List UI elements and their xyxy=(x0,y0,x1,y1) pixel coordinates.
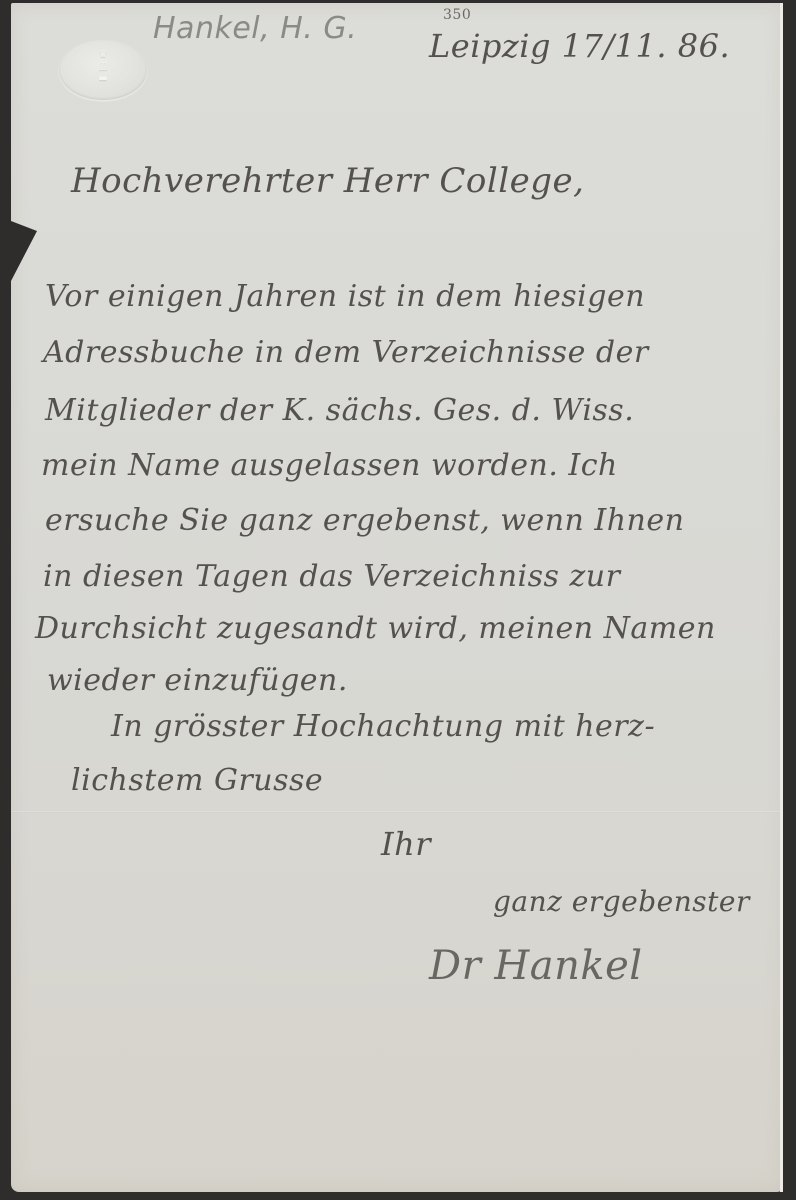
signature: Dr Hankel xyxy=(429,943,643,989)
body-line: In grösster Hochachtung mit herz- xyxy=(111,709,655,744)
emboss-crown: ♛▥▬ xyxy=(86,49,120,89)
body-line: Durchsicht zugesandt wird, meinen Namen xyxy=(35,611,716,646)
paper-tear xyxy=(11,221,37,281)
crown-seal-icon: ♛▥▬ xyxy=(59,40,147,100)
body-line: lichstem Grusse xyxy=(71,763,323,798)
folio-number: 350 xyxy=(443,7,471,23)
body-line: wieder einzufügen. xyxy=(47,663,348,698)
closing: Ihr xyxy=(381,825,431,863)
body-line: ersuche Sie ganz ergebenst, wenn Ihnen xyxy=(45,503,684,538)
body-line: Adressbuche in dem Verzeichnisse der xyxy=(43,335,649,370)
body-line: Mitglieder der K. sächs. Ges. d. Wiss. xyxy=(45,393,634,428)
paper-edge xyxy=(780,3,783,1192)
body-line: in diesen Tagen das Verzeichniss zur xyxy=(43,559,620,594)
letter-paper: ♛▥▬ Hankel, H. G. 350 Leipzig 17/11. 86.… xyxy=(11,3,783,1192)
place-date: Leipzig 17/11. 86. xyxy=(429,27,730,65)
scanned-letter: ♛▥▬ Hankel, H. G. 350 Leipzig 17/11. 86.… xyxy=(0,0,796,1200)
body-line: Vor einigen Jahren ist in dem hiesigen xyxy=(45,279,645,314)
body-line: mein Name ausgelassen worden. Ich xyxy=(41,448,618,483)
fold-line xyxy=(11,811,783,813)
closing-formula: ganz ergebenster xyxy=(493,885,750,918)
archive-note: Hankel, H. G. xyxy=(153,11,357,46)
salutation: Hochverehrter Herr College, xyxy=(71,161,584,201)
